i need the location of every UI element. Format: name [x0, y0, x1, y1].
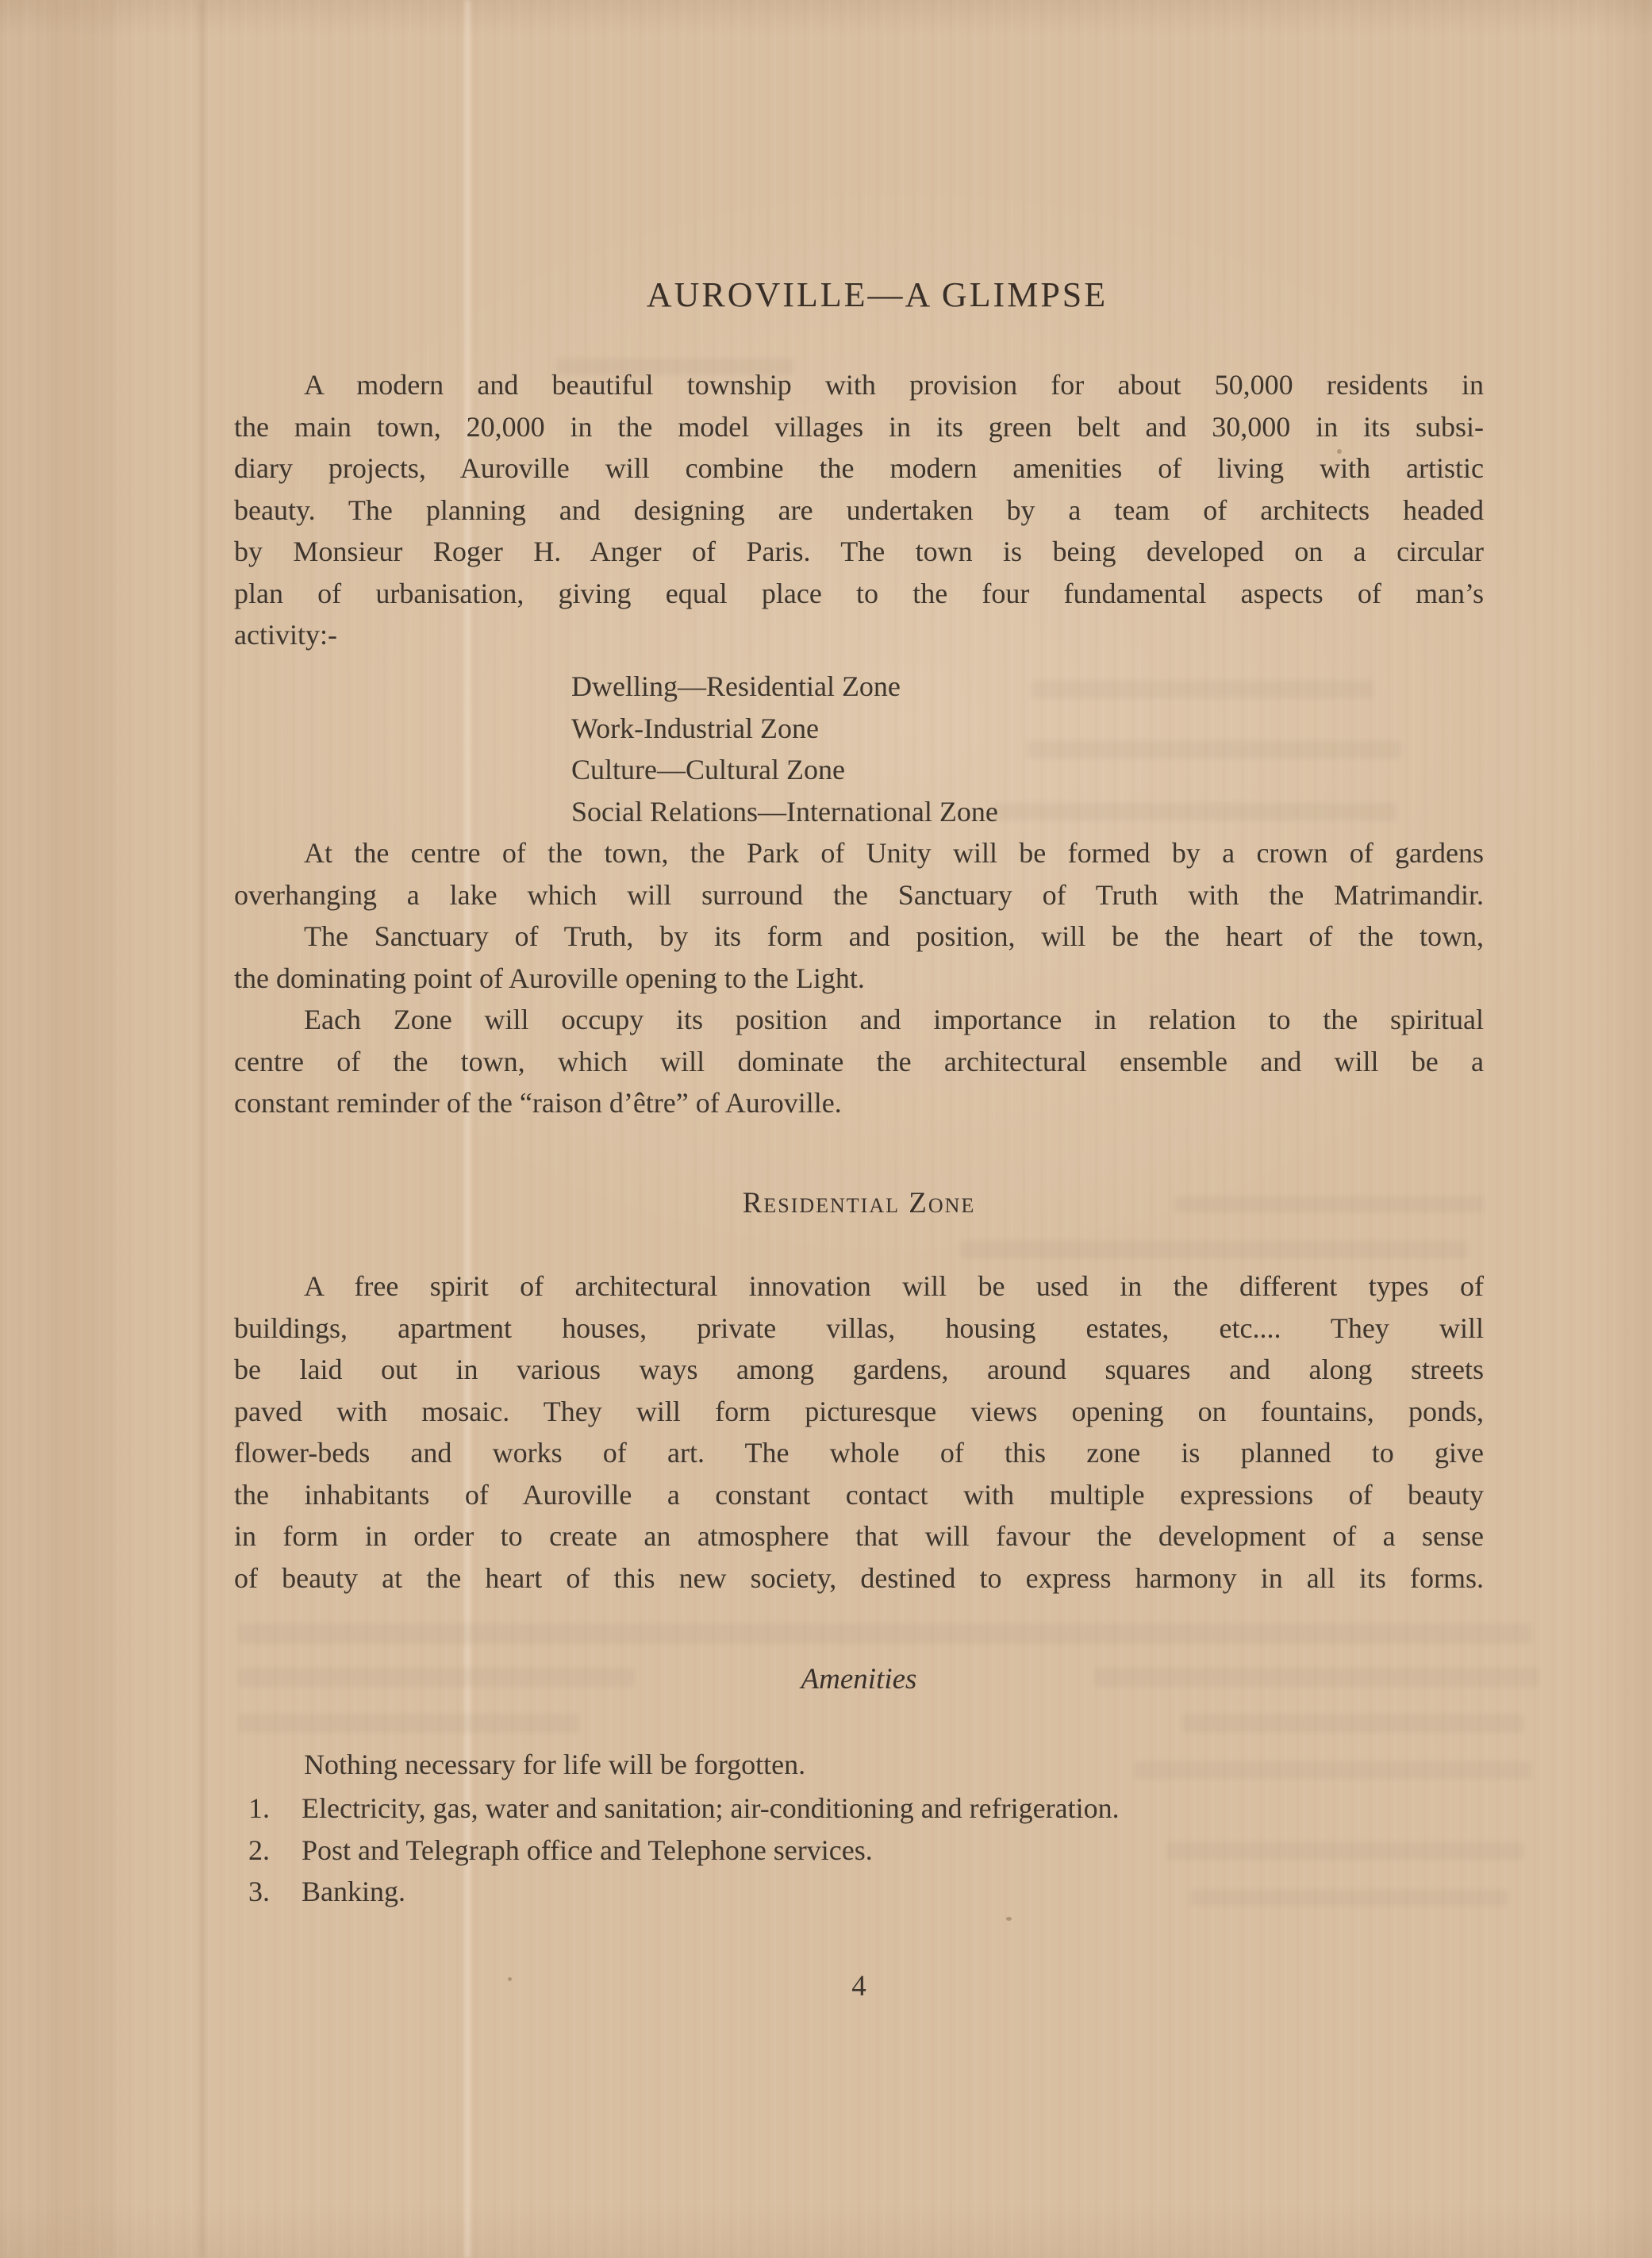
scanned-book-page: AUROVILLE—A GLIMPSE A modern and beautif… — [0, 0, 1652, 2258]
text-line: centre of the town, which will dominate … — [234, 1041, 1484, 1083]
paragraph-sanctuary: The Sanctuary of Truth, by its form and … — [234, 916, 1484, 999]
text-line: A modern and beautiful township with pro… — [234, 364, 1484, 406]
list-item-text: Banking. — [302, 1876, 405, 1907]
list-item-text: Electricity, gas, water and sanitation; … — [302, 1792, 1120, 1824]
amenities-list: 1. Electricity, gas, water and sanitatio… — [234, 1788, 1484, 1913]
paragraph-intro: A modern and beautiful township with pro… — [234, 364, 1484, 656]
text-line: buildings, apartment houses, private vil… — [234, 1308, 1484, 1350]
page-title: AUROVILLE—A GLIMPSE — [252, 273, 1502, 317]
text-line: the inhabitants of Auroville a constant … — [234, 1474, 1484, 1516]
section-heading-residential-zone: Residential Zone — [234, 1183, 1484, 1225]
text-line: by Monsieur Roger H. Anger of Paris. The… — [234, 531, 1484, 573]
text-line: the dominating point of Auroville openin… — [234, 958, 1484, 1000]
text-line: The Sanctuary of Truth, by its form and … — [234, 916, 1484, 958]
bleedthrough-ghost — [238, 1623, 1531, 1644]
amenities-intro: Nothing necessary for life will be forgo… — [234, 1744, 1484, 1786]
paper-fold-highlight — [465, 0, 471, 2258]
text-line: be laid out in various ways among garden… — [234, 1349, 1484, 1391]
bleedthrough-ghost — [960, 1241, 1468, 1258]
text-line: in form in order to create an atmosphere… — [234, 1515, 1484, 1557]
text-line: beauty. The planning and designing are u… — [234, 490, 1484, 532]
text-line: flower-beds and works of art. The whole … — [234, 1432, 1484, 1474]
page-number: 4 — [234, 1966, 1484, 2008]
zone-list-item: Social Relations—International Zone — [234, 791, 1484, 833]
text-line: Each Zone will occupy its position and i… — [234, 999, 1484, 1041]
text-line: of beauty at the heart of this new socie… — [234, 1557, 1484, 1599]
text-line: diary projects, Auroville will combine t… — [234, 447, 1484, 490]
section-heading-amenities: Amenities — [234, 1659, 1484, 1701]
list-item-number: 3. — [248, 1871, 270, 1913]
text-line: overhanging a lake which will surround t… — [234, 874, 1484, 916]
text-line: At the centre of the town, the Park of U… — [234, 832, 1484, 874]
paper-shading-band — [44, 0, 115, 2258]
bleedthrough-ghost — [1182, 1714, 1523, 1733]
zone-list-item: Culture—Cultural Zone — [234, 749, 1484, 791]
bleedthrough-ghost — [238, 1714, 579, 1733]
text-line: the main town, 20,000 in the model villa… — [234, 406, 1484, 448]
amenities-list-item: 2. Post and Telegraph office and Telepho… — [234, 1830, 1484, 1872]
paragraph-residential: A free spirit of architectural innovatio… — [234, 1265, 1484, 1599]
text-line: constant reminder of the “raison d’être”… — [234, 1082, 1484, 1124]
text-line: plan of urbanisation, giving equal place… — [234, 573, 1484, 615]
paragraph-each-zone: Each Zone will occupy its position and i… — [234, 999, 1484, 1124]
amenities-list-item: 3. Banking. — [234, 1871, 1484, 1913]
paper-crease — [198, 0, 206, 2258]
amenities-list-item: 1. Electricity, gas, water and sanitatio… — [234, 1788, 1484, 1830]
text-line: A free spirit of architectural innovatio… — [234, 1265, 1484, 1308]
text-line: paved with mosaic. They will form pictur… — [234, 1391, 1484, 1433]
list-item-number: 1. — [248, 1788, 270, 1830]
list-item-number: 2. — [248, 1830, 270, 1872]
zone-list-item: Dwelling—Residential Zone — [234, 666, 1484, 708]
paragraph-park-of-unity: At the centre of the town, the Park of U… — [234, 832, 1484, 916]
zones-list: Dwelling—Residential Zone Work-Industria… — [234, 666, 1484, 832]
foxing-speck — [1006, 1917, 1012, 1921]
text-line: Nothing necessary for life will be forgo… — [234, 1744, 1484, 1786]
list-item-text: Post and Telegraph office and Telephone … — [302, 1834, 873, 1866]
text-line: activity:- — [234, 614, 1484, 656]
zone-list-item: Work-Industrial Zone — [234, 708, 1484, 750]
